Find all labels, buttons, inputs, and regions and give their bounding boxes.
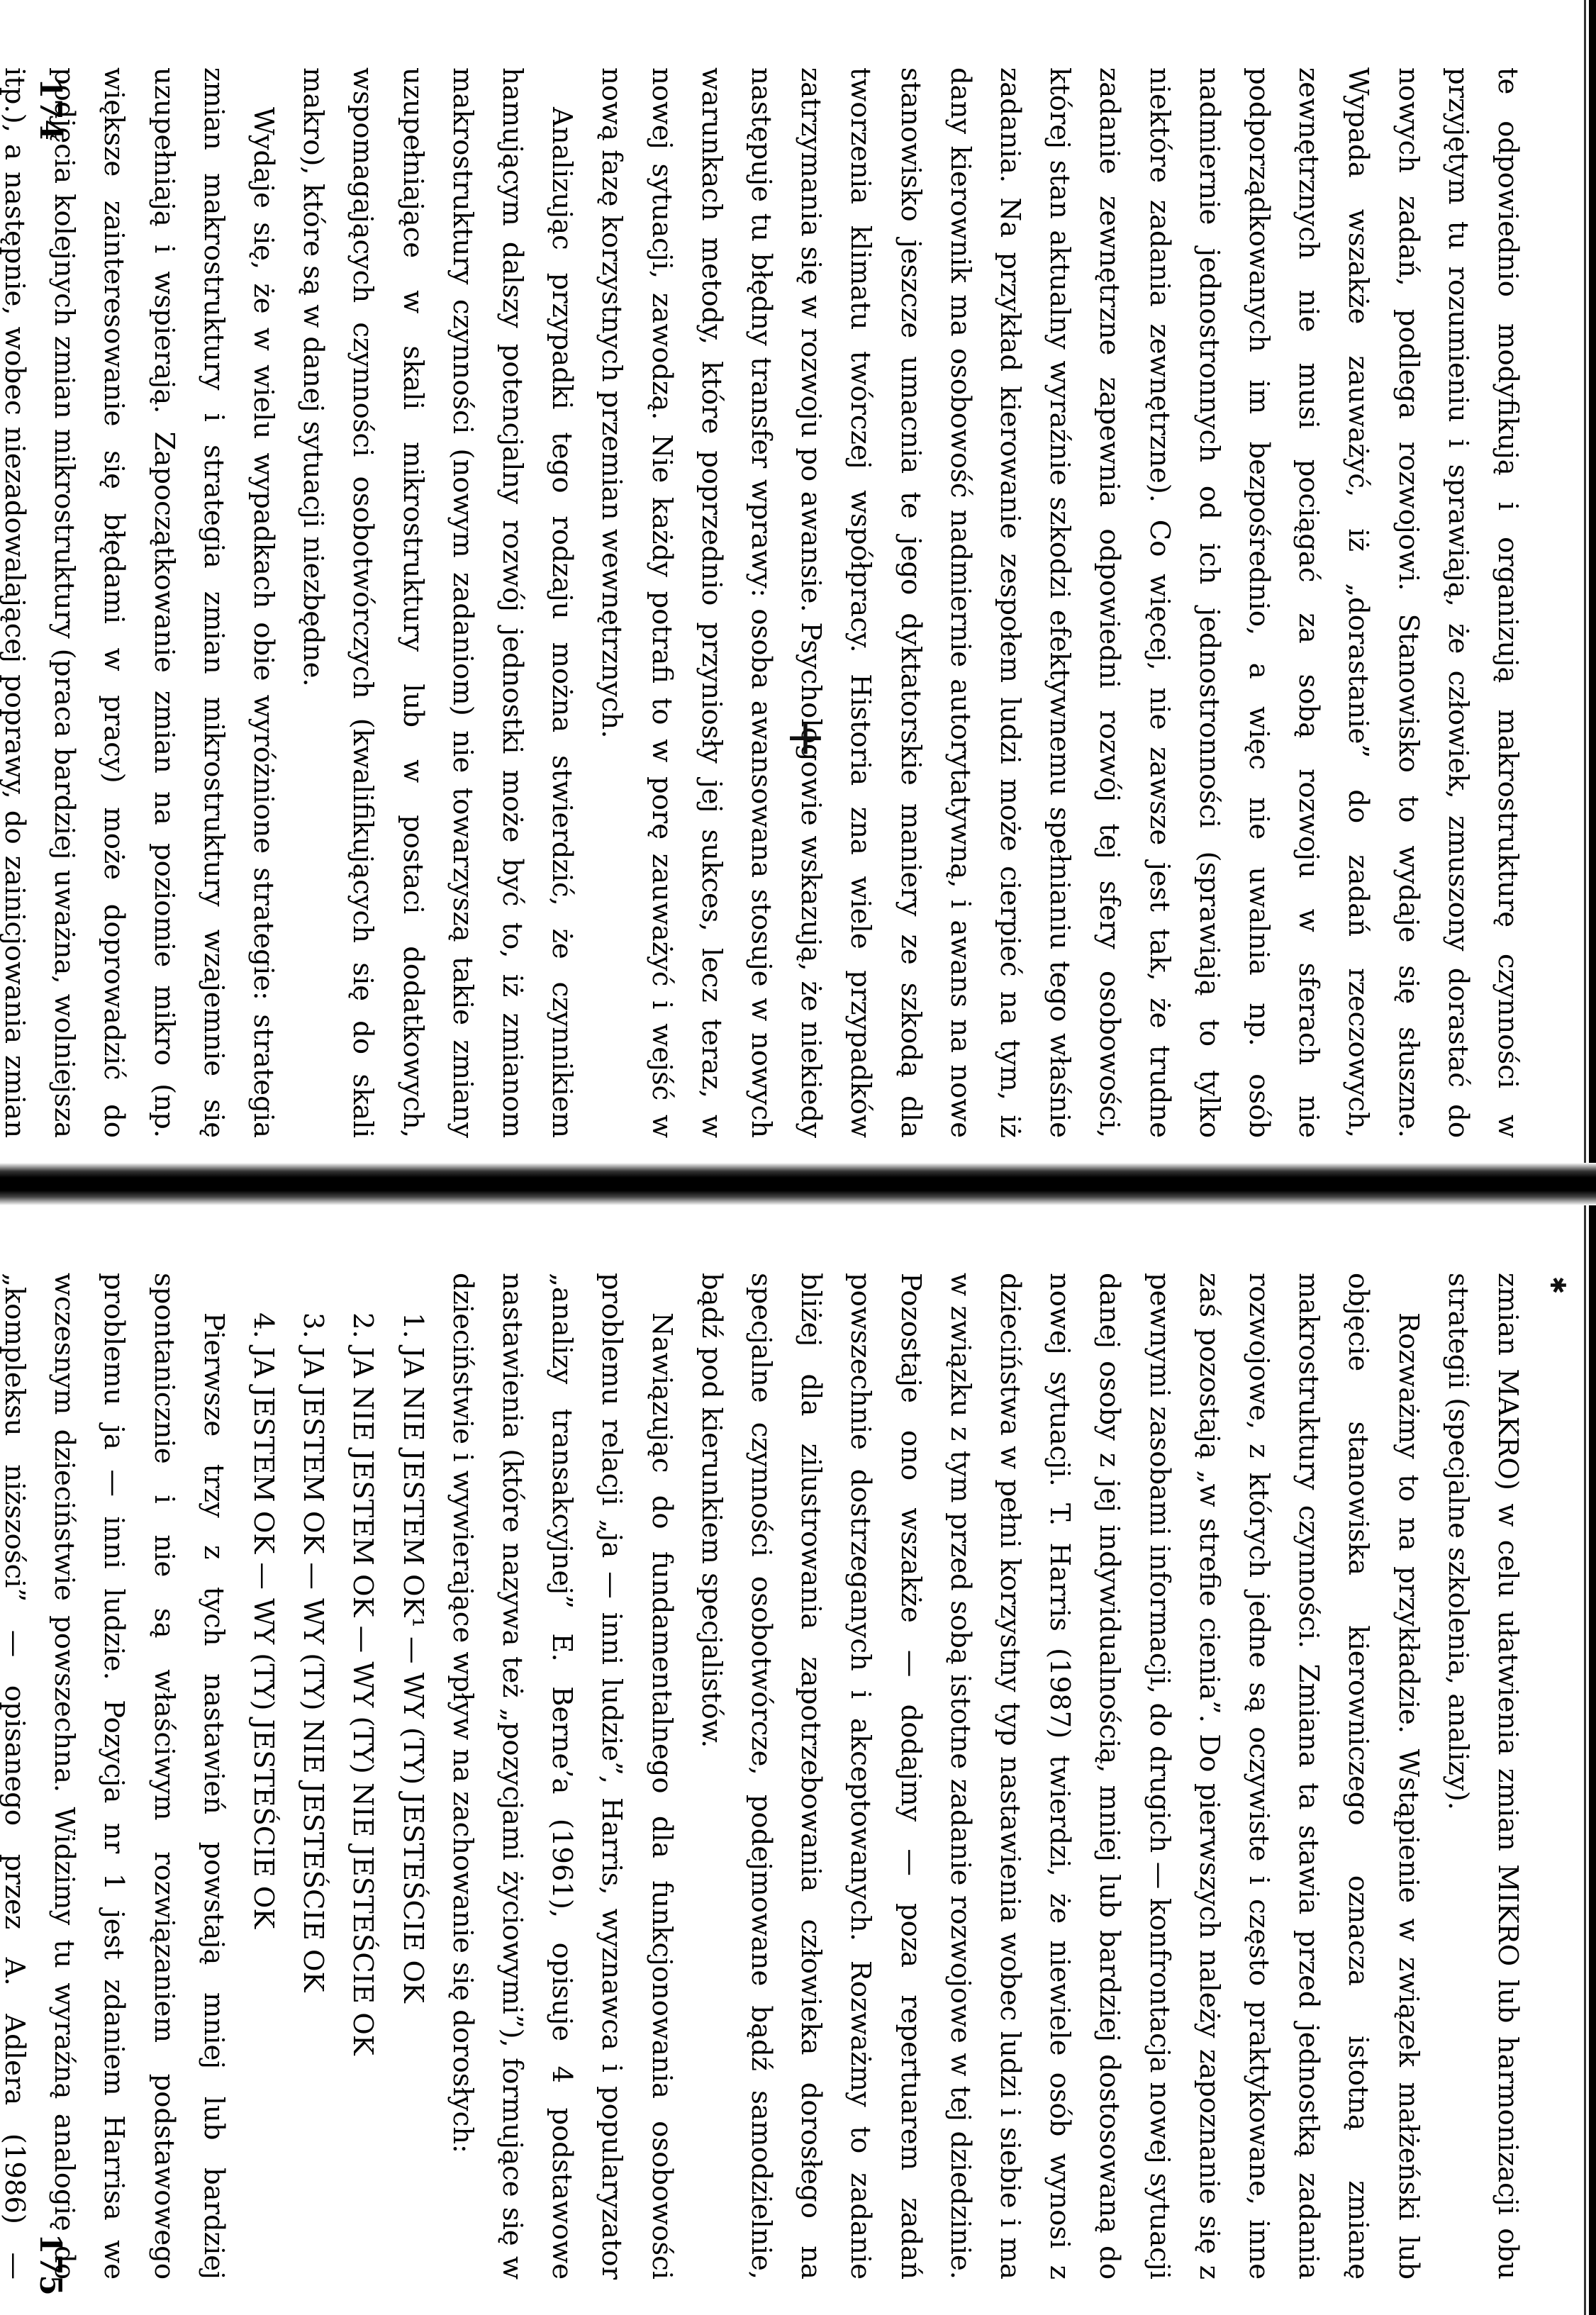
paragraph: te odpowiednio modyfikują i organizują m… [586, 67, 1532, 1138]
page-number-right: 175 [33, 2233, 68, 2296]
page-number-left: 174 [33, 78, 68, 140]
paragraph: zmian MAKRO) w celu ułatwienia zmian MIK… [1433, 1273, 1532, 2280]
paragraph: Analizując przypadki tego rodzaju można … [288, 67, 586, 1138]
page-top-edge [1589, 0, 1596, 2315]
list-item: 4. JA JESTEM OK — WY (TY) JESTEŚCIE OK [238, 1273, 288, 2280]
list-item: 1. JA NIE JESTEM OK¹ — WY (TY) JESTEŚCIE… [387, 1273, 437, 2280]
paragraph: Rozważmy to na przykładzie. Wstąpienie w… [686, 1273, 1433, 2280]
book-gutter [0, 1163, 1596, 1205]
right-page: zmian MAKRO) w celu ułatwienia zmian MIK… [36, 1273, 1532, 2280]
life-positions-list: 1. JA NIE JESTEM OK¹ — WY (TY) JESTEŚCIE… [238, 1273, 437, 2280]
list-item: 3. JA JESTEM OK — WY (TY) NIE JESTEŚCIE … [288, 1273, 337, 2280]
page-top-edge-line [1584, 0, 1586, 2315]
ink-blot-icon: ✱ [1546, 1276, 1568, 1294]
paragraph: Nawiązując do fundamentalnego dla funkcj… [437, 1273, 686, 2280]
book-spread: te odpowiednio modyfikują i organizują m… [0, 0, 1596, 2315]
left-page: te odpowiednio modyfikują i organizują m… [36, 67, 1532, 1138]
paragraph: Wydaje się, że w wielu wypadkach obie wy… [0, 67, 288, 1138]
paragraph: Pierwsze trzy z tych nastawień powstają … [0, 1273, 238, 2280]
margin-cross-mark-icon: + [785, 712, 827, 762]
list-item: 2. JA NIE JESTEM OK — WY (TY) NIE JESTEŚ… [337, 1273, 387, 2280]
